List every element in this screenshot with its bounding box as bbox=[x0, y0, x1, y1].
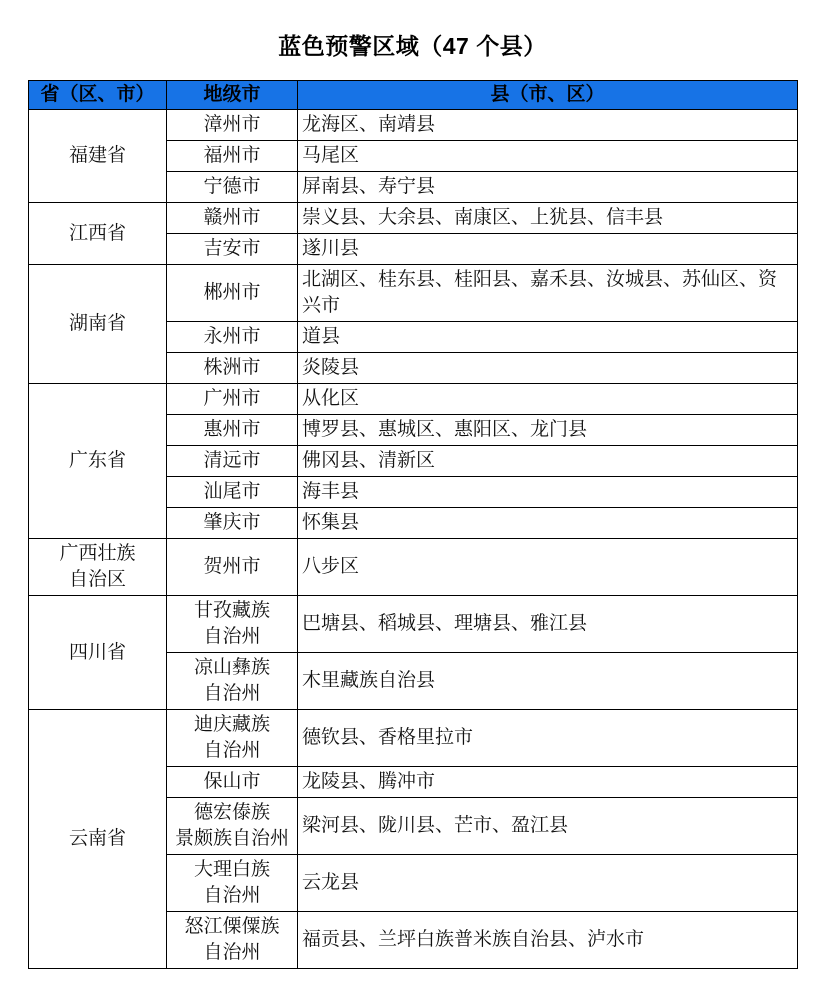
county-cell: 龙陵县、腾冲市 bbox=[298, 767, 798, 798]
table-row: 湖南省郴州市北湖区、桂东县、桂阳县、嘉禾县、汝城县、苏仙区、资兴市 bbox=[29, 265, 798, 322]
page: 蓝色预警区域（47 个县） 省（区、市） 地级市 县（市、区） 福建省漳州市龙海… bbox=[0, 0, 825, 981]
table-body: 福建省漳州市龙海区、南靖县福州市马尾区宁德市屏南县、寿宁县江西省赣州市崇义县、大… bbox=[29, 110, 798, 969]
county-cell: 梁河县、陇川县、芒市、盈江县 bbox=[298, 798, 798, 855]
county-cell: 炎陵县 bbox=[298, 353, 798, 384]
city-cell: 迪庆藏族 自治州 bbox=[167, 710, 298, 767]
table-row: 广西壮族 自治区贺州市八步区 bbox=[29, 539, 798, 596]
province-cell: 江西省 bbox=[29, 203, 167, 265]
city-cell: 凉山彝族 自治州 bbox=[167, 653, 298, 710]
city-cell: 广州市 bbox=[167, 384, 298, 415]
table-row: 福建省漳州市龙海区、南靖县 bbox=[29, 110, 798, 141]
county-cell: 崇义县、大余县、南康区、上犹县、信丰县 bbox=[298, 203, 798, 234]
county-cell: 遂川县 bbox=[298, 234, 798, 265]
county-cell: 龙海区、南靖县 bbox=[298, 110, 798, 141]
city-cell: 怒江傈僳族 自治州 bbox=[167, 912, 298, 969]
city-cell: 大理白族 自治州 bbox=[167, 855, 298, 912]
county-cell: 八步区 bbox=[298, 539, 798, 596]
header-county: 县（市、区） bbox=[298, 81, 798, 110]
county-cell: 巴塘县、稻城县、理塘县、雅江县 bbox=[298, 596, 798, 653]
table-row: 云南省迪庆藏族 自治州德钦县、香格里拉市 bbox=[29, 710, 798, 767]
city-cell: 株洲市 bbox=[167, 353, 298, 384]
table-row: 四川省甘孜藏族 自治州巴塘县、稻城县、理塘县、雅江县 bbox=[29, 596, 798, 653]
city-cell: 甘孜藏族 自治州 bbox=[167, 596, 298, 653]
city-cell: 惠州市 bbox=[167, 415, 298, 446]
county-cell: 从化区 bbox=[298, 384, 798, 415]
header-province: 省（区、市） bbox=[29, 81, 167, 110]
county-cell: 海丰县 bbox=[298, 477, 798, 508]
county-cell: 德钦县、香格里拉市 bbox=[298, 710, 798, 767]
city-cell: 德宏傣族 景颇族自治州 bbox=[167, 798, 298, 855]
city-cell: 郴州市 bbox=[167, 265, 298, 322]
province-cell: 广西壮族 自治区 bbox=[29, 539, 167, 596]
city-cell: 汕尾市 bbox=[167, 477, 298, 508]
county-cell: 佛冈县、清新区 bbox=[298, 446, 798, 477]
county-cell: 屏南县、寿宁县 bbox=[298, 172, 798, 203]
city-cell: 漳州市 bbox=[167, 110, 298, 141]
province-cell: 云南省 bbox=[29, 710, 167, 969]
city-cell: 保山市 bbox=[167, 767, 298, 798]
city-cell: 赣州市 bbox=[167, 203, 298, 234]
province-cell: 广东省 bbox=[29, 384, 167, 539]
county-cell: 福贡县、兰坪白族普米族自治县、泸水市 bbox=[298, 912, 798, 969]
county-cell: 博罗县、惠城区、惠阳区、龙门县 bbox=[298, 415, 798, 446]
city-cell: 宁德市 bbox=[167, 172, 298, 203]
table-row: 广东省广州市从化区 bbox=[29, 384, 798, 415]
county-cell: 北湖区、桂东县、桂阳县、嘉禾县、汝城县、苏仙区、资兴市 bbox=[298, 265, 798, 322]
blue-warning-table: 省（区、市） 地级市 县（市、区） 福建省漳州市龙海区、南靖县福州市马尾区宁德市… bbox=[28, 80, 798, 969]
header-city: 地级市 bbox=[167, 81, 298, 110]
city-cell: 肇庆市 bbox=[167, 508, 298, 539]
city-cell: 清远市 bbox=[167, 446, 298, 477]
county-cell: 木里藏族自治县 bbox=[298, 653, 798, 710]
page-title: 蓝色预警区域（47 个县） bbox=[0, 28, 825, 61]
province-cell: 福建省 bbox=[29, 110, 167, 203]
table-row: 江西省赣州市崇义县、大余县、南康区、上犹县、信丰县 bbox=[29, 203, 798, 234]
table-header-row: 省（区、市） 地级市 县（市、区） bbox=[29, 81, 798, 110]
county-cell: 道县 bbox=[298, 322, 798, 353]
city-cell: 吉安市 bbox=[167, 234, 298, 265]
city-cell: 永州市 bbox=[167, 322, 298, 353]
county-cell: 怀集县 bbox=[298, 508, 798, 539]
city-cell: 贺州市 bbox=[167, 539, 298, 596]
city-cell: 福州市 bbox=[167, 141, 298, 172]
county-cell: 马尾区 bbox=[298, 141, 798, 172]
province-cell: 湖南省 bbox=[29, 265, 167, 384]
province-cell: 四川省 bbox=[29, 596, 167, 710]
county-cell: 云龙县 bbox=[298, 855, 798, 912]
